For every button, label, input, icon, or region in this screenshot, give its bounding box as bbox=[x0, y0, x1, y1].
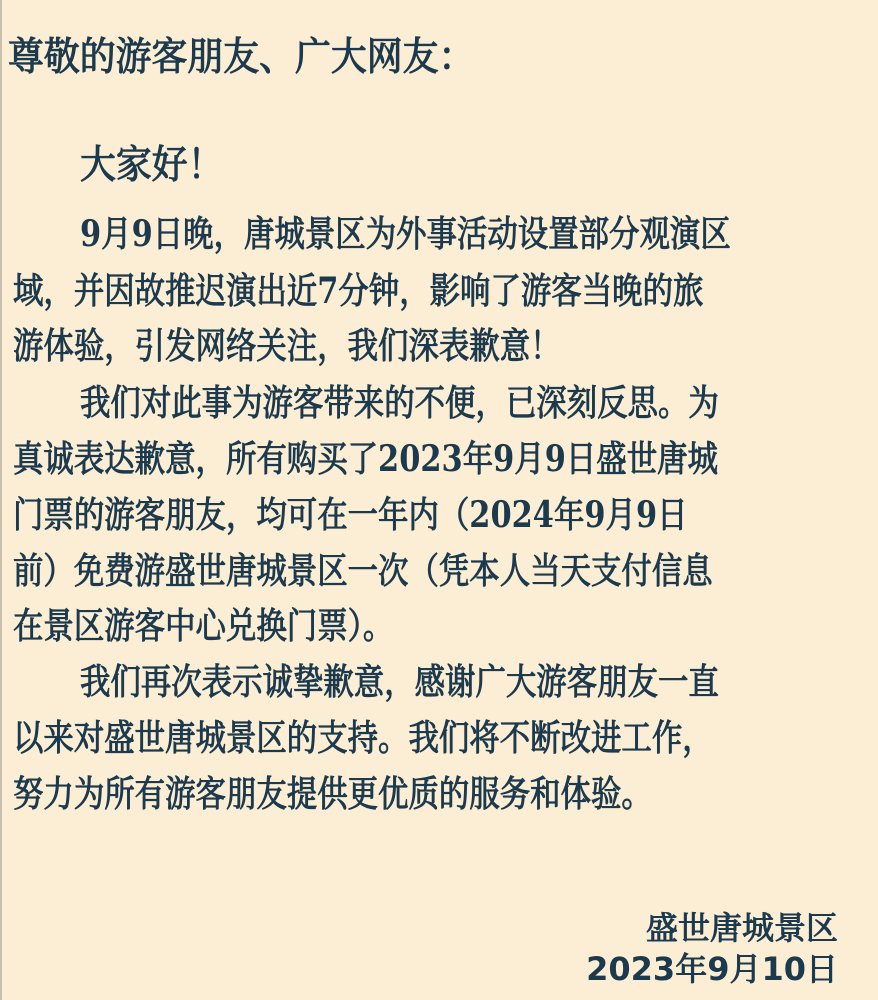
paragraph-line: 我们对此事为游客带来的不便，已深刻反思。为 bbox=[80, 385, 719, 421]
paragraph-line: 前）免费游盛世唐城景区一次（凭本人当天支付信息 bbox=[13, 553, 713, 589]
paragraph-line: 努力为所有游客朋友提供更优质的服务和体验。 bbox=[13, 776, 652, 812]
signature-date: 2023年9月10日 bbox=[586, 944, 838, 990]
paragraph-line: 9月9日晚，唐城景区为外事活动设置部分观演区 bbox=[80, 216, 731, 252]
paragraph-line: 游体验，引发网络关注，我们深表歉意！ bbox=[13, 328, 561, 364]
paragraph-line: 以来对盛世唐城景区的支持。我们将不断改进工作， bbox=[13, 720, 713, 756]
paragraph-line: 我们再次表示诚挚歉意，感谢广大游客朋友一直 bbox=[80, 664, 719, 700]
paragraph-line: 真诚表达歉意，所有购买了2023年9月9日盛世唐城 bbox=[13, 441, 718, 477]
paragraph-line: 域，并因故推迟演出近7分钟，影响了游客当晚的旅 bbox=[13, 273, 703, 309]
paragraph-line: 门票的游客朋友，均可在一年内（2024年9月9日 bbox=[13, 497, 688, 533]
salutation: 尊敬的游客朋友、广大网友： bbox=[8, 26, 474, 82]
greeting: 大家好！ bbox=[80, 134, 224, 190]
paragraph-line: 在景区游客中心兑换门票）。 bbox=[13, 608, 393, 644]
signature-organization: 盛世唐城景区 bbox=[646, 903, 838, 949]
page-edge bbox=[0, 0, 2, 1000]
